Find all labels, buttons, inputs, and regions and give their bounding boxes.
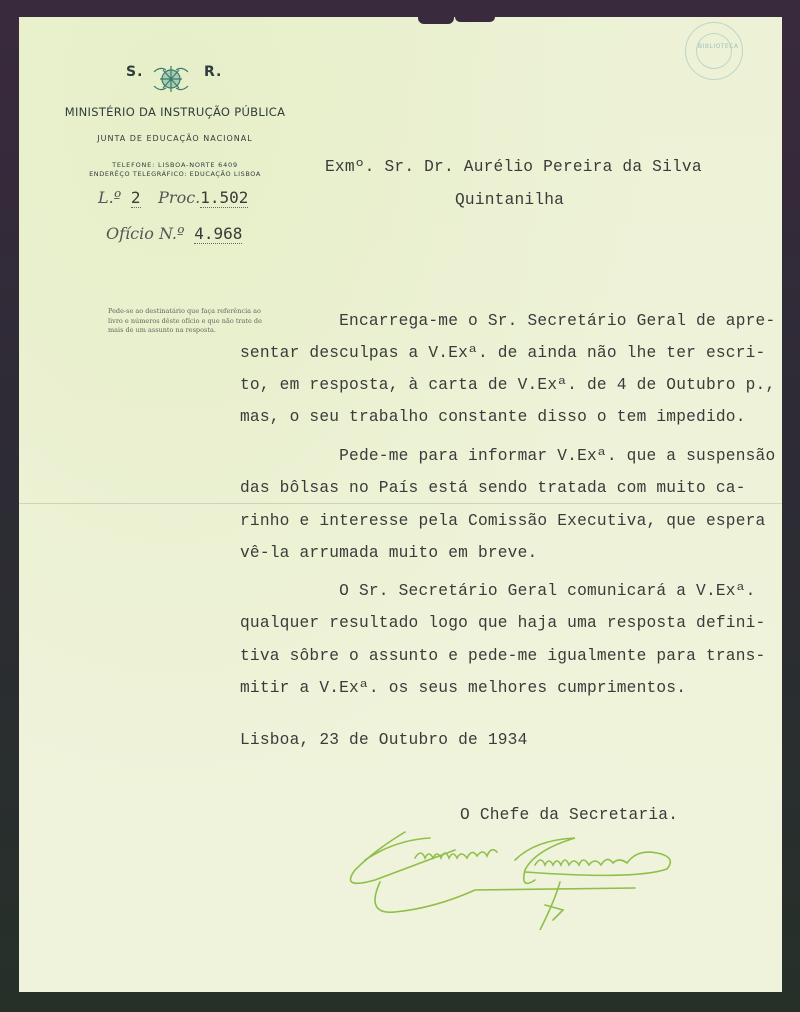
library-stamp-icon: BIBLIOTECA — [685, 22, 743, 80]
ministry-name: MINISTÉRIO DA INSTRUÇÃO PÚBLICA — [60, 105, 290, 119]
signature: Henrique Luiz Gomes Pereira — [335, 820, 765, 930]
body-line: sentar desculpas a V.Exª. de ainda não l… — [240, 344, 765, 362]
body-line: rinho e interesse pela Comissão Executiv… — [240, 512, 765, 530]
proc-value: 1.502 — [200, 188, 248, 208]
junta-name: JUNTA DE EDUCAÇÃO NACIONAL — [60, 134, 290, 143]
body-line: mas, o seu trabalho constante disso o te… — [240, 408, 746, 426]
telephone: TELEFONE: LISBOA-NORTE 6409 — [60, 161, 290, 169]
livro-value: 2 — [131, 188, 141, 208]
initial-s: S. — [126, 64, 143, 80]
proc-label: Proc. — [158, 188, 200, 207]
body-line: mitir a V.Exª. os seus melhores cumprime… — [240, 679, 686, 697]
oficio-label: Ofício N.º — [106, 224, 185, 243]
livro-label: L.º — [98, 188, 121, 207]
paper-tear — [418, 17, 454, 24]
body-line: vê-la arrumada muito em breve. — [240, 544, 537, 562]
oficio-ref: Ofício N.º 4.968 — [106, 224, 242, 244]
body-line: das bôlsas no País está sendo tratada co… — [240, 479, 746, 497]
body-line: tiva sôbre o assunto e pede-me igualment… — [240, 647, 765, 665]
fold-line — [19, 503, 782, 504]
body-line: to, em resposta, à carta de V.Exª. de 4 … — [240, 376, 775, 394]
addressee-line-1: Exmº. Sr. Dr. Aurélio Pereira da Silva — [325, 158, 702, 176]
initial-r: R. — [204, 64, 222, 80]
oficio-value: 4.968 — [194, 224, 242, 244]
body-line: Encarrega-me o Sr. Secretário Geral de a… — [240, 312, 775, 330]
body-line: Pede-me para informar V.Exª. que a suspe… — [240, 447, 775, 465]
telegraphic-address: ENDERÊÇO TELEGRÁFICO: EDUCAÇÃO LISBOA — [60, 170, 290, 178]
livro-proc-ref: L.º 2 Proc.1.502 — [98, 188, 248, 208]
addressee-line-2: Quintanilha — [455, 191, 564, 209]
date-line: Lisboa, 23 de Outubro de 1934 — [240, 731, 528, 749]
paper-tear — [455, 17, 495, 22]
coat-of-arms-icon — [150, 62, 192, 96]
body-line: qualquer resultado logo que haja uma res… — [240, 614, 765, 632]
body-line: O Sr. Secretário Geral comunicará a V.Ex… — [240, 582, 756, 600]
